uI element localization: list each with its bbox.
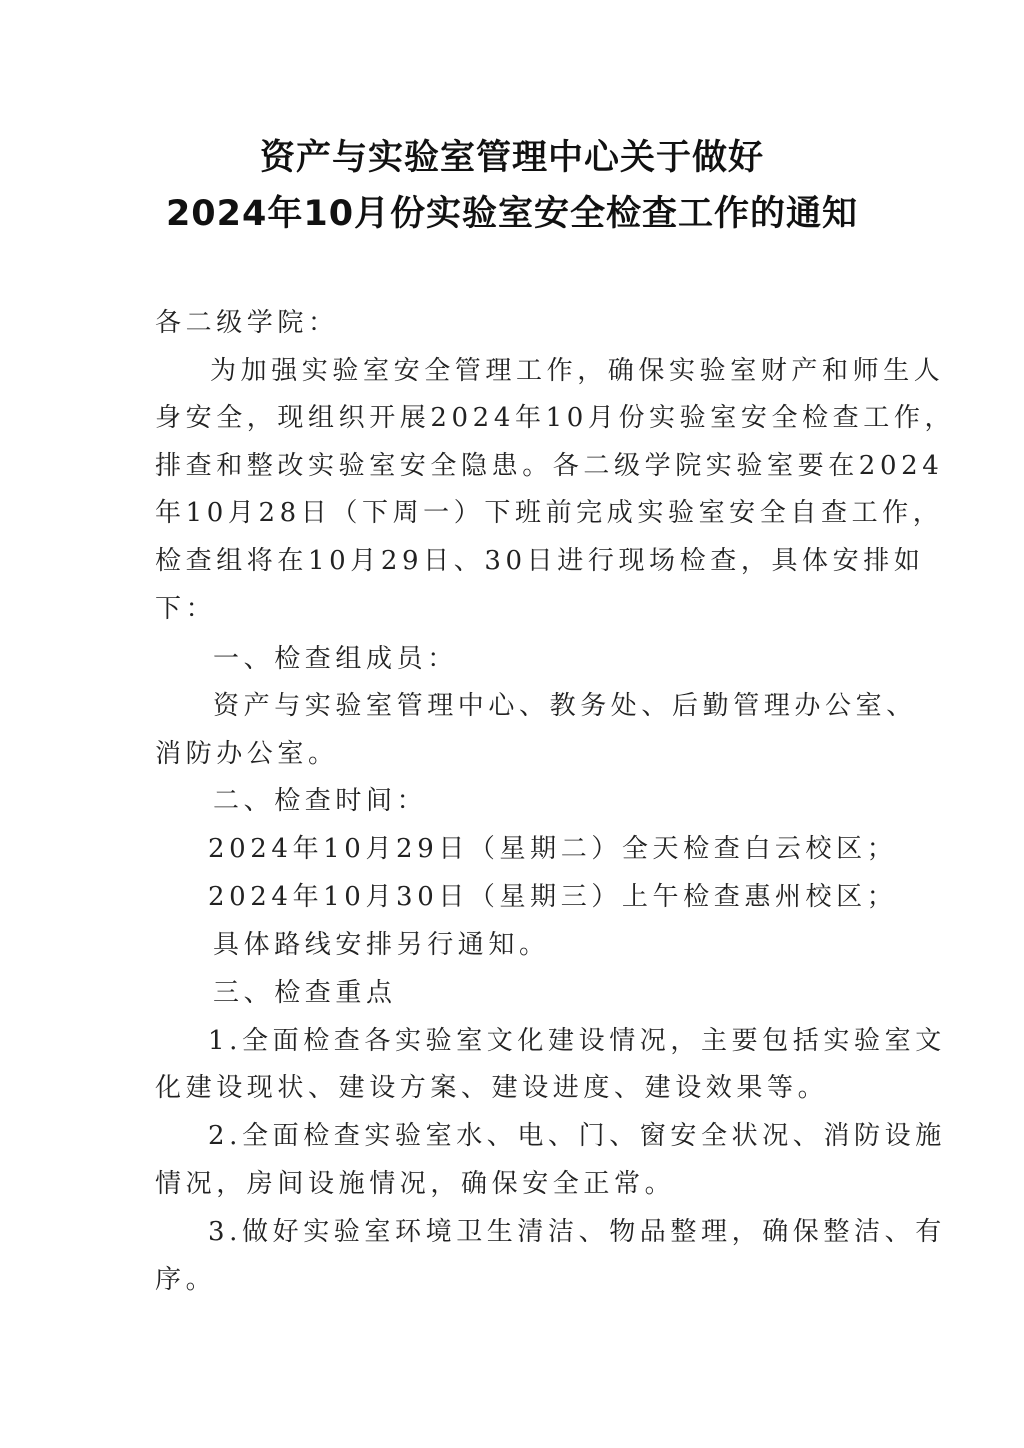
section-line: 资产与实验室管理中心、教务处、后勤管理办公室、	[213, 685, 868, 722]
intro-line: 年10月28日（下周一）下班前完成实验室安全自查工作，	[155, 492, 868, 529]
intro-line: 排查和整改实验室安全隐患。各二级学院实验室要在2024	[155, 445, 868, 482]
intro-line: 检查组将在10月29日、30日进行现场检查，具体安排如	[155, 540, 868, 577]
section-line: 化建设现状、建设方案、建设进度、建设效果等。	[155, 1067, 828, 1104]
section-heading-time: 二、检查时间：	[213, 780, 427, 817]
section-line: 序。	[155, 1259, 216, 1296]
section-line: 消防办公室。	[155, 733, 339, 770]
intro-line: 为加强实验室安全管理工作，确保实验室财产和师生人	[210, 350, 868, 387]
section-line: 2.全面检查实验室水、电、门、窗安全状况、消防设施	[208, 1115, 868, 1152]
intro-line: 身安全，现组织开展2024年10月份实验室安全检查工作，	[155, 397, 868, 434]
document-title-line2: 2024年10月份实验室安全检查工作的通知	[0, 186, 1024, 236]
section-line: 1.全面检查各实验室文化建设情况，主要包括实验室文	[208, 1020, 868, 1057]
document-title-line1: 资产与实验室管理中心关于做好	[0, 130, 1024, 180]
intro-line: 下：	[155, 588, 216, 625]
salutation: 各二级学院：	[155, 302, 339, 339]
section-line: 情况，房间设施情况，确保安全正常。	[155, 1163, 675, 1200]
section-heading-focus: 三、检查重点	[213, 972, 397, 1009]
section-line: 3.做好实验室环境卫生清洁、物品整理，确保整洁、有	[208, 1211, 868, 1248]
section-line: 2024年10月29日（星期二）全天检查白云校区；	[208, 828, 897, 865]
section-line: 2024年10月30日（星期三）上午检查惠州校区；	[208, 876, 897, 913]
section-heading-members: 一、检查组成员：	[213, 638, 458, 675]
section-line: 具体路线安排另行通知。	[213, 924, 550, 961]
